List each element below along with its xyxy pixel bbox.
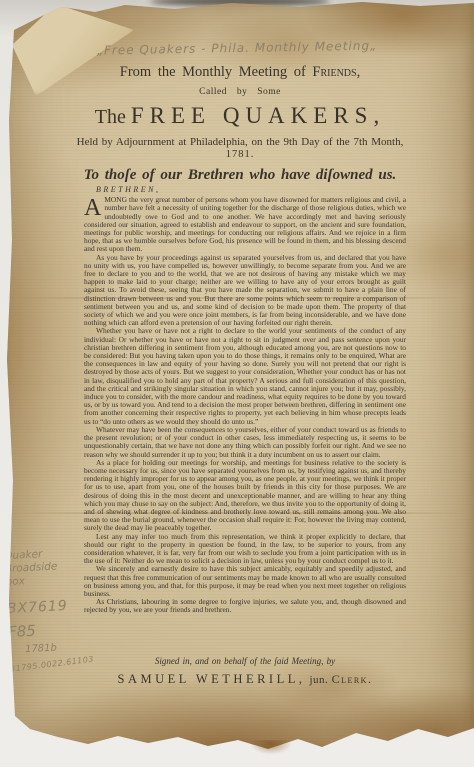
margin-note-callnumber: BX7619 <box>7 597 88 619</box>
stain <box>248 740 294 760</box>
paragraph: Whether you have or have not a right to … <box>84 327 406 425</box>
document-body: BRETHREN, AMONG the very great number of… <box>84 186 406 615</box>
main-title: The FREE QUAKERS, <box>72 103 408 129</box>
header-line-meeting: From the Monthly Meeting of Friends, <box>72 64 408 81</box>
paragraph: AMONG the very great number of persons w… <box>84 196 406 253</box>
signature-name-row: SAMUEL WETHERILL, jun. Clerk. <box>84 670 406 688</box>
paragraph-text: MONG the very great number of persons wh… <box>84 195 406 253</box>
signature-jun: jun. <box>310 674 332 686</box>
paragraph: As you have by your proceedings against … <box>84 254 406 328</box>
salutation-line: To thoſe of our Brethren who have diſown… <box>72 167 408 184</box>
header-friends-smallcaps: Friends <box>312 64 356 80</box>
paragraph: We sincerely and earnestly desire to hav… <box>84 565 406 598</box>
brethren-label: BRETHREN, <box>96 186 406 194</box>
header-meeting-suffix: , <box>357 64 361 80</box>
pencil-margin-notes: Quaker Broadside box BX7619 F85 1781b 31… <box>4 546 90 672</box>
header-meeting-prefix: From the Monthly Meeting of <box>120 64 313 80</box>
broadside-paper: „Free Quakers - Phila. Monthly Meeting„ … <box>0 0 474 752</box>
paragraph: Lest any may infer too much from this re… <box>84 533 406 566</box>
signature-block: Signed in, and on behalf of the ſaid Mee… <box>84 656 406 688</box>
document-header: From the Monthly Meeting of Friends, Cal… <box>72 64 408 184</box>
dropcap-letter: A <box>84 196 104 219</box>
title-the: The <box>95 106 131 128</box>
paragraph: As Christians, labouring in some degree … <box>84 598 406 614</box>
margin-note-accession-number: 31795.0022.61103 <box>10 655 91 675</box>
paragraph: As a place for holding our meetings for … <box>84 459 406 533</box>
signature-clerk-title: Clerk. <box>332 672 373 686</box>
header-year: 1781. <box>72 149 408 160</box>
signature-attestation: Signed in, and on behalf of the ſaid Mee… <box>84 656 406 666</box>
margin-note-year: 1781b <box>25 640 90 656</box>
header-called-by-some: Called by Some <box>72 87 408 97</box>
signature-name: SAMUEL WETHERILL, <box>118 672 306 686</box>
scanned-broadside: „Free Quakers - Phila. Monthly Meeting„ … <box>0 0 474 767</box>
margin-note-line: box <box>5 572 86 589</box>
paragraph: Whatever may have been the consequences … <box>84 426 406 459</box>
title-free-quakers: FREE QUAKERS, <box>131 103 385 128</box>
margin-note-callnumber: F85 <box>8 619 89 642</box>
header-held-by-adjournment: Held by Adjournment at Philadelphia, on … <box>72 136 408 148</box>
